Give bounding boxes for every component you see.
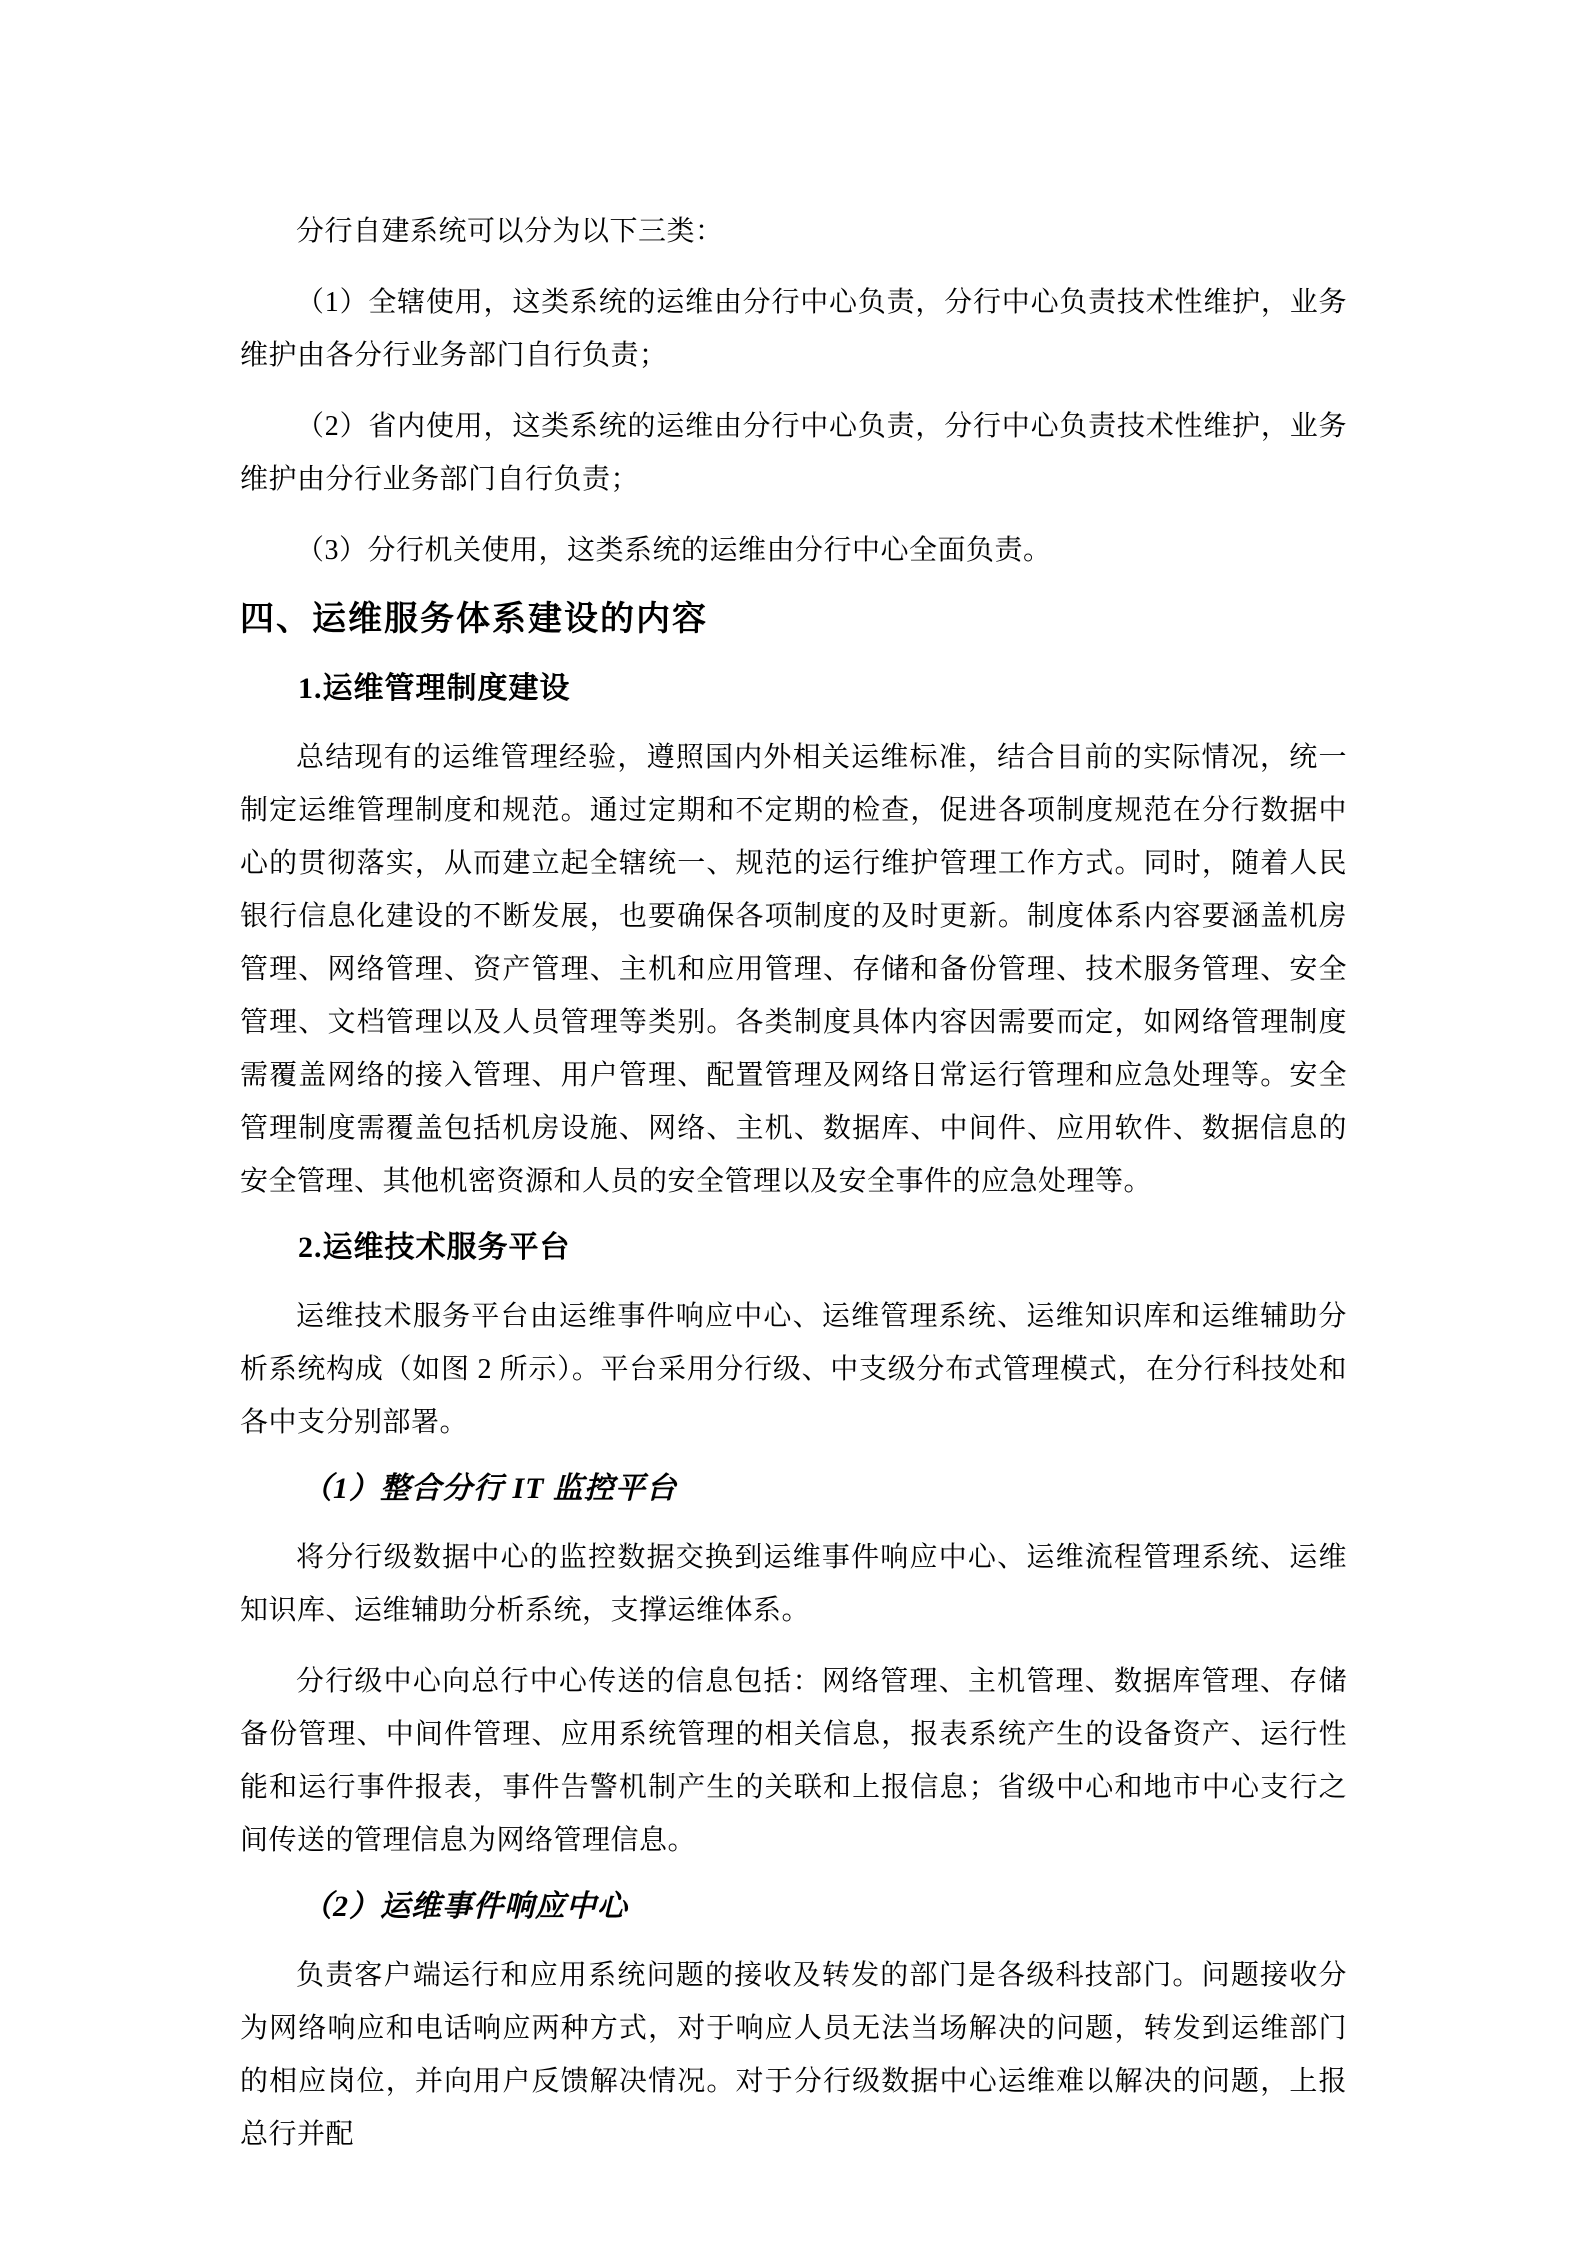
subsection-heading-1: 1.运维管理制度建设 <box>240 667 1347 711</box>
body-paragraph-monitoring-2: 分行级中心向总行中心传送的信息包括：网络管理、主机管理、数据库管理、存储备份管理… <box>240 1655 1347 1867</box>
body-paragraph-item-1: （1）全辖使用，这类系统的运维由分行中心负责，分行中心负责技术性维护，业务维护由… <box>240 276 1347 382</box>
subsubsection-heading-1: （1）整合分行 IT 监控平台 <box>240 1467 1347 1511</box>
section-heading: 四、运维服务体系建设的内容 <box>240 595 1347 643</box>
body-paragraph-regulations: 总结现有的运维管理经验，遵照国内外相关运维标准，结合目前的实际情况，统一制定运维… <box>240 731 1347 1208</box>
body-paragraph-platform: 运维技术服务平台由运维事件响应中心、运维管理系统、运维知识库和运维辅助分析系统构… <box>240 1290 1347 1449</box>
body-paragraph-item-3: （3）分行机关使用，这类系统的运维由分行中心全面负责。 <box>240 524 1347 577</box>
body-paragraph-monitoring-1: 将分行级数据中心的监控数据交换到运维事件响应中心、运维流程管理系统、运维知识库、… <box>240 1531 1347 1637</box>
subsubsection-heading-2: （2）运维事件响应中心 <box>240 1885 1347 1929</box>
body-paragraph-response-center: 负责客户端运行和应用系统问题的接收及转发的部门是各级科技部门。问题接收分为网络响… <box>240 1949 1347 2161</box>
body-paragraph-intro: 分行自建系统可以分为以下三类： <box>240 205 1347 258</box>
document-page: 分行自建系统可以分为以下三类： （1）全辖使用，这类系统的运维由分行中心负责，分… <box>0 0 1587 2245</box>
body-paragraph-item-2: （2）省内使用，这类系统的运维由分行中心负责，分行中心负责技术性维护，业务维护由… <box>240 400 1347 506</box>
subsection-heading-2: 2.运维技术服务平台 <box>240 1226 1347 1270</box>
